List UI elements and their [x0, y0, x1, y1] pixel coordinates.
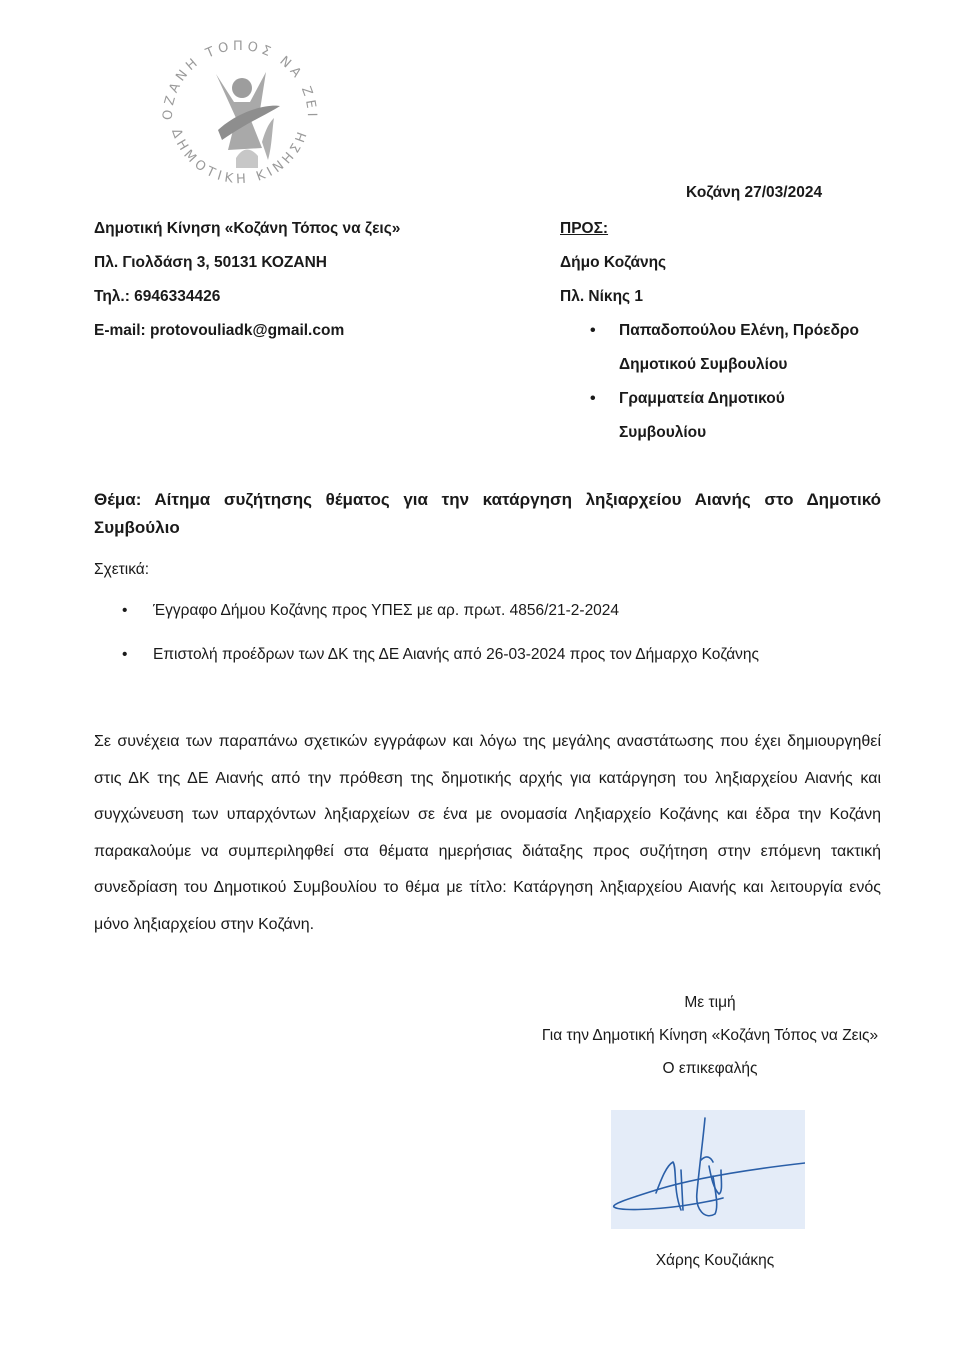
relevant-list: Έγγραφο Δήμου Κοζάνης προς ΥΠΕΣ με αρ. π… [94, 600, 759, 688]
recipient-list: Παπαδοπούλου Ελένη, Πρόεδρο Δημοτικού Συ… [560, 314, 869, 450]
sender-block: Δημοτική Κίνηση «Κοζάνη Τόπος να ζεις» Π… [94, 218, 400, 354]
recipient-item: Γραμματεία Δημοτικού Συμβουλίου [560, 382, 819, 450]
closing-role: Ο επικεφαλής [500, 1052, 920, 1085]
relevant-item: Επιστολή προέδρων των ΔΚ της ΔΕ Αιανής α… [94, 644, 759, 688]
handwritten-signature-icon [611, 1110, 805, 1229]
closing-on-behalf: Για την Δημοτική Κίνηση «Κοζάνη Τόπος να… [500, 1019, 920, 1052]
recipient-label: ΠΡΟΣ: [560, 218, 869, 252]
letter-date: Κοζάνη 27/03/2024 [686, 184, 822, 202]
person-figure-logo-icon: ΚΟΖΑΝΗ ΤΟΠΟΣ ΝΑ ΖΕΙΣ ΔΗΜΟΤΙΚΗ ΚΙΝΗΣΗ [150, 18, 330, 198]
signer-name: Χάρης Κουζιάκης [500, 1252, 930, 1270]
sender-address: Πλ. Γιολδάση 3, 50131 ΚΟΖΑΝΗ [94, 252, 400, 286]
relevant-label: Σχετικά: [94, 561, 149, 579]
recipient-block: ΠΡΟΣ: Δήμο Κοζάνης Πλ. Νίκης 1 Παπαδοπού… [560, 218, 869, 456]
signature [611, 1110, 805, 1229]
recipient-item: Παπαδοπούλου Ελένη, Πρόεδρο Δημοτικού Συ… [560, 314, 869, 382]
relevant-item: Έγγραφο Δήμου Κοζάνης προς ΥΠΕΣ με αρ. π… [94, 600, 759, 644]
sender-email[interactable]: E-mail: protovouliadk@gmail.com [94, 320, 400, 354]
recipient-org: Δήμο Κοζάνης [560, 252, 869, 286]
sender-phone: Τηλ.: 6946334426 [94, 286, 400, 320]
sender-name: Δημοτική Κίνηση «Κοζάνη Τόπος να ζεις» [94, 218, 400, 252]
closing-salutation: Με τιμή [500, 986, 920, 1019]
organization-logo: ΚΟΖΑΝΗ ΤΟΠΟΣ ΝΑ ΖΕΙΣ ΔΗΜΟΤΙΚΗ ΚΙΝΗΣΗ [150, 18, 330, 198]
letter-subject: Θέμα: Αίτημα συζήτησης θέματος για την κ… [94, 486, 881, 542]
closing-block: Με τιμή Για την Δημοτική Κίνηση «Κοζάνη … [500, 986, 920, 1085]
letter-body: Σε συνέχεια των παραπάνω σχετικών εγγράφ… [94, 724, 881, 943]
